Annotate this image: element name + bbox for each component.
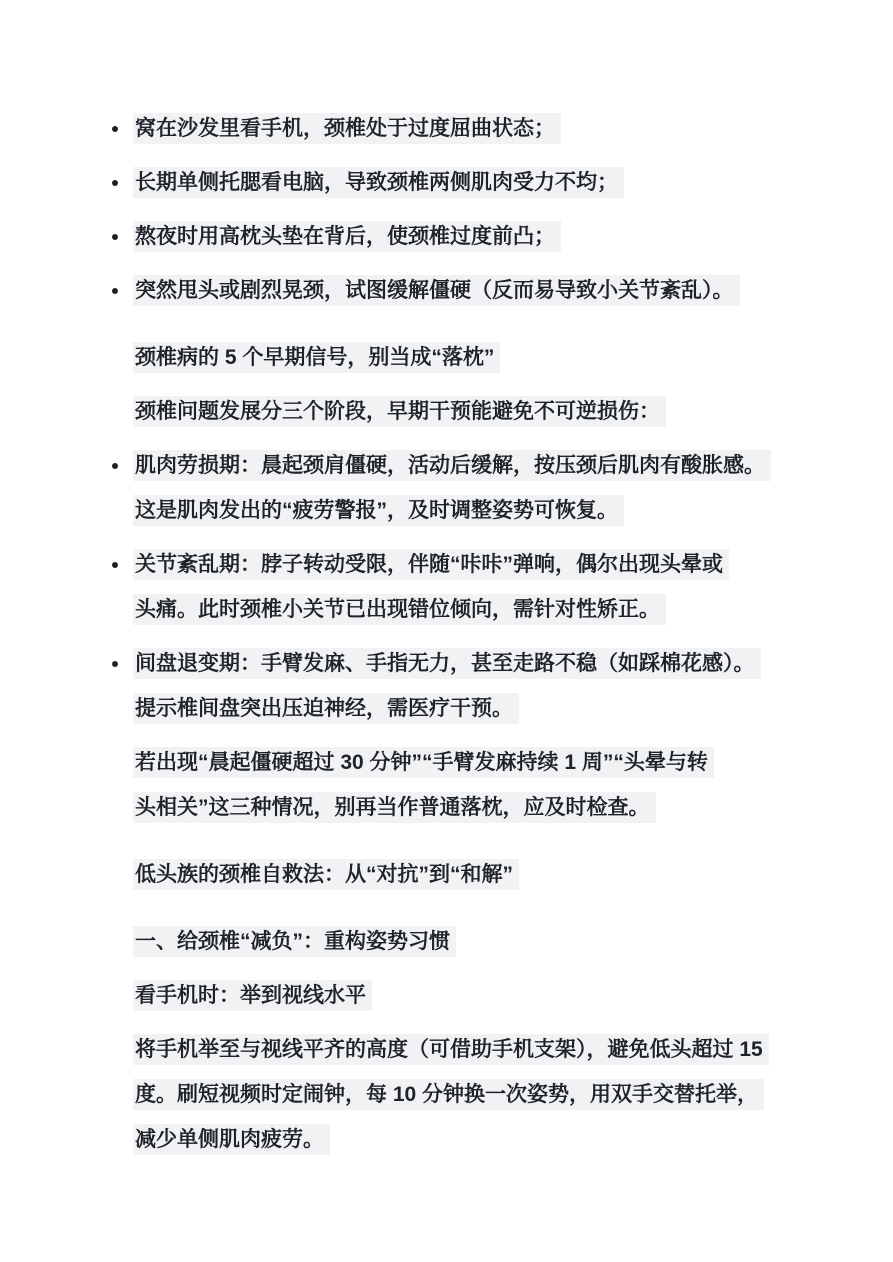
highlighted-text: 将手机举至与视线平齐的高度（可借助手机支架），避免低头超过 15 <box>133 1034 769 1065</box>
highlighted-text: 关节紊乱期：脖子转动受限，伴随“咔咔”弹响，偶尔出现头晕或 <box>133 549 729 580</box>
highlighted-text: 度。刷短视频时定闹钟，每 10 分钟换一次姿势，用双手交替托举， <box>133 1079 764 1110</box>
highlighted-text: 低头族的颈椎自救法：从“对抗”到“和解” <box>133 859 519 890</box>
bullet-list-item: 肌肉劳损期：晨起颈肩僵硬，活动后缓解，按压颈后肌肉有酸胀感。这是肌肉发出的“疲劳… <box>133 443 783 533</box>
text-line: 颈椎病的 5 个早期信号，别当成“落枕” <box>133 335 783 380</box>
bullet-icon <box>112 661 118 667</box>
text-line: 将手机举至与视线平齐的高度（可借助手机支架），避免低头超过 15 <box>133 1027 783 1072</box>
text-line: 间盘退变期：手臂发麻、手指无力，甚至走路不稳（如踩棉花感）。 <box>133 641 783 686</box>
bullet-list-item: 间盘退变期：手臂发麻、手指无力，甚至走路不稳（如踩棉花感）。提示椎间盘突出压迫神… <box>133 641 783 731</box>
text-line: 长期单侧托腮看电脑，导致颈椎两侧肌肉受力不均； <box>133 160 783 205</box>
heading-block: 颈椎病的 5 个早期信号，别当成“落枕” <box>133 335 783 380</box>
bullet-icon <box>112 463 118 469</box>
bullet-icon <box>112 126 118 132</box>
bullet-icon <box>112 562 118 568</box>
bullet-list-item: 窝在沙发里看手机，颈椎处于过度屈曲状态； <box>133 106 783 151</box>
paragraph-block: 将手机举至与视线平齐的高度（可借助手机支架），避免低头超过 15度。刷短视频时定… <box>133 1027 783 1162</box>
bullet-list-item: 长期单侧托腮看电脑，导致颈椎两侧肌肉受力不均； <box>133 160 783 205</box>
text-line: 肌肉劳损期：晨起颈肩僵硬，活动后缓解，按压颈后肌肉有酸胀感。 <box>133 443 783 488</box>
highlighted-text: 长期单侧托腮看电脑，导致颈椎两侧肌肉受力不均； <box>133 167 624 198</box>
text-line: 低头族的颈椎自救法：从“对抗”到“和解” <box>133 852 783 897</box>
highlighted-text: 看手机时：举到视线水平 <box>133 980 372 1011</box>
highlighted-text: 间盘退变期：手臂发麻、手指无力，甚至走路不稳（如踩棉花感）。 <box>133 648 761 679</box>
highlighted-text: 突然甩头或剧烈晃颈，试图缓解僵硬（反而易导致小关节紊乱）。 <box>133 275 740 306</box>
text-line: 看手机时：举到视线水平 <box>133 973 783 1018</box>
document-body: 窝在沙发里看手机，颈椎处于过度屈曲状态；长期单侧托腮看电脑，导致颈椎两侧肌肉受力… <box>0 0 893 1162</box>
highlighted-text: 减少单侧肌肉疲劳。 <box>133 1124 330 1155</box>
paragraph-block: 若出现“晨起僵硬超过 30 分钟”“手臂发麻持续 1 周”“头晕与转头相关”这三… <box>133 740 783 830</box>
paragraph-block: 看手机时：举到视线水平 <box>133 973 783 1018</box>
heading-block: 一、给颈椎“减负”：重构姿势习惯 <box>133 919 783 964</box>
highlighted-text: 一、给颈椎“减负”：重构姿势习惯 <box>133 926 456 957</box>
text-line: 颈椎问题发展分三个阶段，早期干预能避免不可逆损伤： <box>133 389 783 434</box>
bullet-list-item: 关节紊乱期：脖子转动受限，伴随“咔咔”弹响，偶尔出现头晕或头痛。此时颈椎小关节已… <box>133 542 783 632</box>
text-line: 若出现“晨起僵硬超过 30 分钟”“手臂发麻持续 1 周”“头晕与转 <box>133 740 783 785</box>
bullet-list-item: 熬夜时用高枕头垫在背后，使颈椎过度前凸； <box>133 214 783 259</box>
highlighted-text: 头相关”这三种情况，别再当作普通落枕，应及时检查。 <box>133 792 656 823</box>
bullet-icon <box>112 288 118 294</box>
text-line: 一、给颈椎“减负”：重构姿势习惯 <box>133 919 783 964</box>
highlighted-text: 若出现“晨起僵硬超过 30 分钟”“手臂发麻持续 1 周”“头晕与转 <box>133 747 714 778</box>
document-page: 窝在沙发里看手机，颈椎处于过度屈曲状态；长期单侧托腮看电脑，导致颈椎两侧肌肉受力… <box>0 0 893 1262</box>
text-line: 头痛。此时颈椎小关节已出现错位倾向，需针对性矫正。 <box>133 587 783 632</box>
highlighted-text: 这是肌肉发出的“疲劳警报”，及时调整姿势可恢复。 <box>133 495 624 526</box>
text-line: 熬夜时用高枕头垫在背后，使颈椎过度前凸； <box>133 214 783 259</box>
highlighted-text: 熬夜时用高枕头垫在背后，使颈椎过度前凸； <box>133 221 561 252</box>
bullet-icon <box>112 180 118 186</box>
text-line: 度。刷短视频时定闹钟，每 10 分钟换一次姿势，用双手交替托举， <box>133 1072 783 1117</box>
text-line: 减少单侧肌肉疲劳。 <box>133 1117 783 1162</box>
text-line: 关节紊乱期：脖子转动受限，伴随“咔咔”弹响，偶尔出现头晕或 <box>133 542 783 587</box>
highlighted-text: 颈椎病的 5 个早期信号，别当成“落枕” <box>133 342 500 373</box>
text-line: 头相关”这三种情况，别再当作普通落枕，应及时检查。 <box>133 785 783 830</box>
highlighted-text: 提示椎间盘突出压迫神经，需医疗干预。 <box>133 693 519 724</box>
bullet-list-item: 突然甩头或剧烈晃颈，试图缓解僵硬（反而易导致小关节紊乱）。 <box>133 268 783 313</box>
text-line: 窝在沙发里看手机，颈椎处于过度屈曲状态； <box>133 106 783 151</box>
text-line: 提示椎间盘突出压迫神经，需医疗干预。 <box>133 686 783 731</box>
highlighted-text: 肌肉劳损期：晨起颈肩僵硬，活动后缓解，按压颈后肌肉有酸胀感。 <box>133 450 771 481</box>
text-line: 突然甩头或剧烈晃颈，试图缓解僵硬（反而易导致小关节紊乱）。 <box>133 268 783 313</box>
highlighted-text: 颈椎问题发展分三个阶段，早期干预能避免不可逆损伤： <box>133 396 666 427</box>
heading-block: 低头族的颈椎自救法：从“对抗”到“和解” <box>133 852 783 897</box>
paragraph-block: 颈椎问题发展分三个阶段，早期干预能避免不可逆损伤： <box>133 389 783 434</box>
text-line: 这是肌肉发出的“疲劳警报”，及时调整姿势可恢复。 <box>133 488 783 533</box>
highlighted-text: 头痛。此时颈椎小关节已出现错位倾向，需针对性矫正。 <box>133 594 666 625</box>
highlighted-text: 窝在沙发里看手机，颈椎处于过度屈曲状态； <box>133 113 561 144</box>
bullet-icon <box>112 234 118 240</box>
